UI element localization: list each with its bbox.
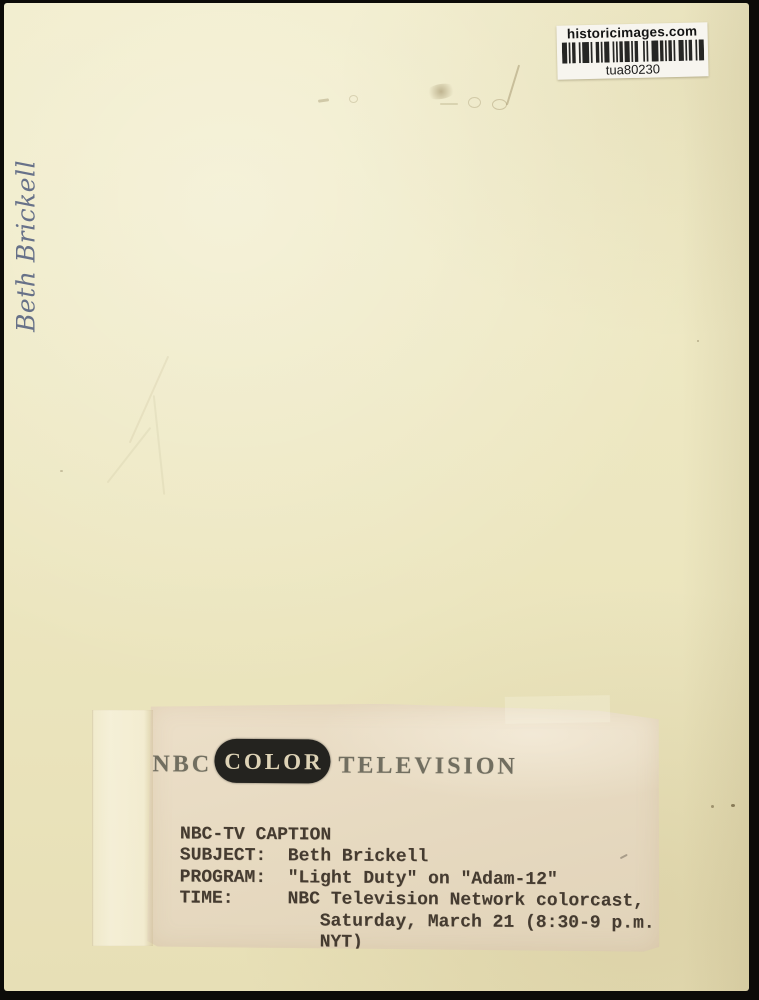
smudge-mark	[468, 97, 481, 108]
photo-back-scan: Beth Brickell historicimages.com tua8023…	[0, 0, 759, 1000]
caption-line: TIME: NBC Television Network colorcast,	[179, 889, 654, 914]
smudge-mark	[492, 99, 507, 110]
paper-speck	[711, 805, 714, 808]
sticker-code-text: tua80230	[606, 62, 661, 76]
paper-speck	[60, 470, 63, 472]
tape-strip-top-right	[505, 695, 610, 724]
sticker-site-text: historicimages.com	[567, 25, 698, 41]
caption-text-block: NBC-TV CAPTIONSUBJECT: Beth BrickellPROG…	[179, 824, 655, 956]
tv-tube-icon: COLOR	[214, 739, 330, 784]
caption-slip: NBC COLOR TELEVISION NBC-TV CAPTIONSUBJE…	[147, 702, 661, 952]
nbc-text: NBC	[152, 752, 212, 776]
color-text: COLOR	[221, 749, 324, 773]
paper-speck	[731, 804, 735, 807]
barcode-sticker: historicimages.com tua80230	[556, 22, 708, 79]
tape-strip-left	[92, 710, 153, 946]
paper-speck	[697, 340, 699, 342]
smudge-mark	[349, 95, 358, 103]
television-text: TELEVISION	[338, 754, 518, 779]
handwritten-name: Beth Brickell	[0, 150, 52, 342]
caption-line: SUBJECT: Beth Brickell	[180, 846, 655, 871]
barcode-icon	[561, 39, 703, 63]
smudge-mark	[440, 103, 458, 105]
handwritten-name-text: Beth Brickell	[12, 160, 41, 332]
